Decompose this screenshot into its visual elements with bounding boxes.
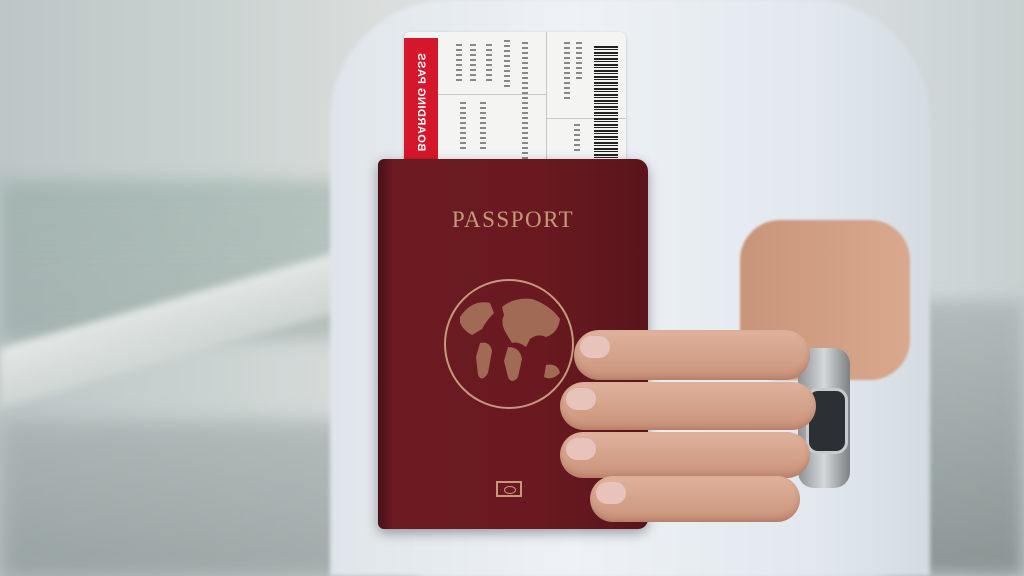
fingernail [566,388,596,410]
finger [590,476,800,522]
pass-text [456,44,462,84]
pass-text [486,44,492,84]
pass-text [470,44,476,84]
passport-title: PASSPORT [378,207,648,233]
boarding-pass-header-text: BOARDING PASS [415,53,427,152]
fingernail [566,438,596,460]
finger [560,382,816,430]
finger [574,330,810,380]
pass-text [480,102,486,152]
boarding-pass-header-strip: BOARDING PASS [404,38,438,166]
pass-text [576,42,582,82]
barcode [594,46,618,164]
pass-text [522,102,528,160]
divider [546,32,547,166]
fingernail [596,482,626,504]
fingernail [580,336,610,358]
pass-text [460,102,466,152]
pass-text [522,42,528,100]
pass-text [564,42,570,102]
pass-text [504,40,510,90]
boarding-pass: BOARDING PASS [404,32,626,166]
biometric-chip-icon [496,481,522,497]
divider [438,94,546,95]
hand [556,328,826,528]
finger [560,432,810,478]
pass-text [574,124,580,154]
